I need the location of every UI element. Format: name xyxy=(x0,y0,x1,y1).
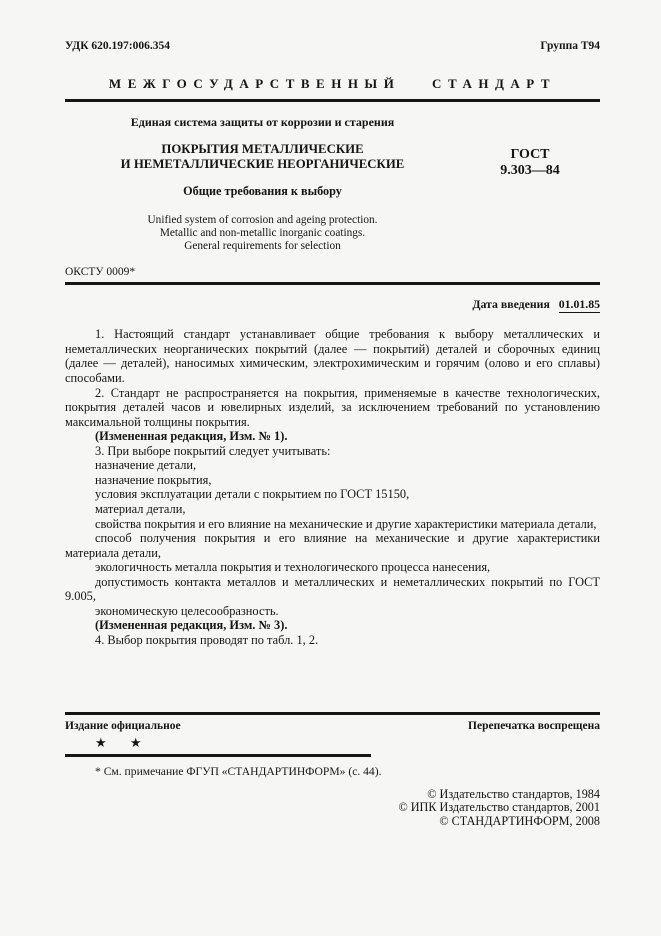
english-title: Unified system of corrosion and ageing p… xyxy=(65,214,460,252)
clause-4: 4. Выбор покрытия проводят по табл. 1, 2… xyxy=(65,633,600,648)
classification-row: УДК 620.197:006.354 Группа Т94 xyxy=(65,40,600,52)
system-name: Единая система защиты от коррозии и стар… xyxy=(65,115,460,130)
title-section: Единая система защиты от коррозии и стар… xyxy=(65,115,600,252)
official-edition-label: Издание официальное xyxy=(65,720,181,732)
gost-number: 9.303—84 xyxy=(460,163,600,179)
clause-3-item-8: допустимость контакта металлов и металли… xyxy=(65,575,600,604)
reprint-forbidden-label: Перепечатка воспрещена xyxy=(468,720,600,732)
clause-3-item-6: способ получения покрытия и его влияние … xyxy=(65,531,600,560)
clause-3-item-9: экономическую целесообразность. xyxy=(65,604,600,619)
okstu-code: ОКСТУ 0009* xyxy=(65,266,600,278)
effective-date-value: 01.01.85 xyxy=(559,297,600,313)
heading-divider xyxy=(65,99,600,102)
english-title-line-3: General requirements for selection xyxy=(65,240,460,253)
title-line-1: ПОКРЫТИЯ МЕТАЛЛИЧЕСКИЕ xyxy=(65,142,460,157)
clause-3: 3. При выборе покрытий следует учитывать… xyxy=(65,444,600,459)
gost-label: ГОСТ xyxy=(460,147,600,163)
amendment-note-1: (Измененная редакция, Изм. № 1). xyxy=(65,429,600,444)
page-content: УДК 620.197:006.354 Группа Т94 МЕЖГОСУДА… xyxy=(0,0,661,647)
footer-status-row: Издание официальное Перепечатка воспреще… xyxy=(65,720,600,732)
stars-icon: ★ ★ xyxy=(95,735,600,751)
clause-3-item-3: условия эксплуатации детали с покрытием … xyxy=(65,487,600,502)
effective-date-label: Дата введения xyxy=(472,297,550,311)
clause-3-item-2: назначение покрытия, xyxy=(65,473,600,488)
udk-code: УДК 620.197:006.354 xyxy=(65,40,170,52)
english-title-line-1: Unified system of corrosion and ageing p… xyxy=(65,214,460,227)
page-footer: Издание официальное Перепечатка воспреще… xyxy=(65,712,600,828)
amendment-note-3: (Измененная редакция, Изм. № 3). xyxy=(65,618,600,633)
clause-3-item-5: свойства покрытия и его влияние на механ… xyxy=(65,517,600,532)
footnote: * См. примечание ФГУП «СТАНДАРТИНФОРМ» (… xyxy=(95,765,600,778)
standard-body-text: 1. Настоящий стандарт устанавливает общи… xyxy=(65,327,600,647)
copyright-2001: © ИПК Издательство стандартов, 2001 xyxy=(65,801,600,815)
copyright-block: © Издательство стандартов, 1984 © ИПК Из… xyxy=(65,788,600,829)
copyright-2008: © СТАНДАРТИНФОРМ, 2008 xyxy=(65,815,600,829)
document-title: ПОКРЫТИЯ МЕТАЛЛИЧЕСКИЕ И НЕМЕТАЛЛИЧЕСКИЕ… xyxy=(65,142,460,171)
effective-date-row: Дата введения 01.01.85 xyxy=(65,297,600,312)
title-column: Единая система защиты от коррозии и стар… xyxy=(65,115,460,252)
clause-3-item-7: экологичность металла покрытия и техноло… xyxy=(65,560,600,575)
gost-designation: ГОСТ 9.303—84 xyxy=(460,115,600,252)
english-title-line-2: Metallic and non-metallic inorganic coat… xyxy=(65,227,460,240)
title-line-2: И НЕМЕТАЛЛИЧЕСКИЕ НЕОРГАНИЧЕСКИЕ xyxy=(65,157,460,172)
footnote-divider xyxy=(65,754,371,757)
footer-divider xyxy=(65,712,600,715)
clause-3-item-4: материал детали, xyxy=(65,502,600,517)
copyright-1984: © Издательство стандартов, 1984 xyxy=(65,788,600,802)
group-code: Группа Т94 xyxy=(540,40,600,52)
clause-3-item-1: назначение детали, xyxy=(65,458,600,473)
document-subtitle: Общие требования к выбору xyxy=(65,184,460,199)
document-page: УДК 620.197:006.354 Группа Т94 МЕЖГОСУДА… xyxy=(0,0,661,936)
okstu-divider xyxy=(65,282,600,285)
clause-2: 2. Стандарт не распространяется на покры… xyxy=(65,386,600,430)
clause-1: 1. Настоящий стандарт устанавливает общи… xyxy=(65,327,600,385)
standard-type-heading: МЕЖГОСУДАРСТВЕННЫЙ СТАНДАРТ xyxy=(65,76,600,92)
